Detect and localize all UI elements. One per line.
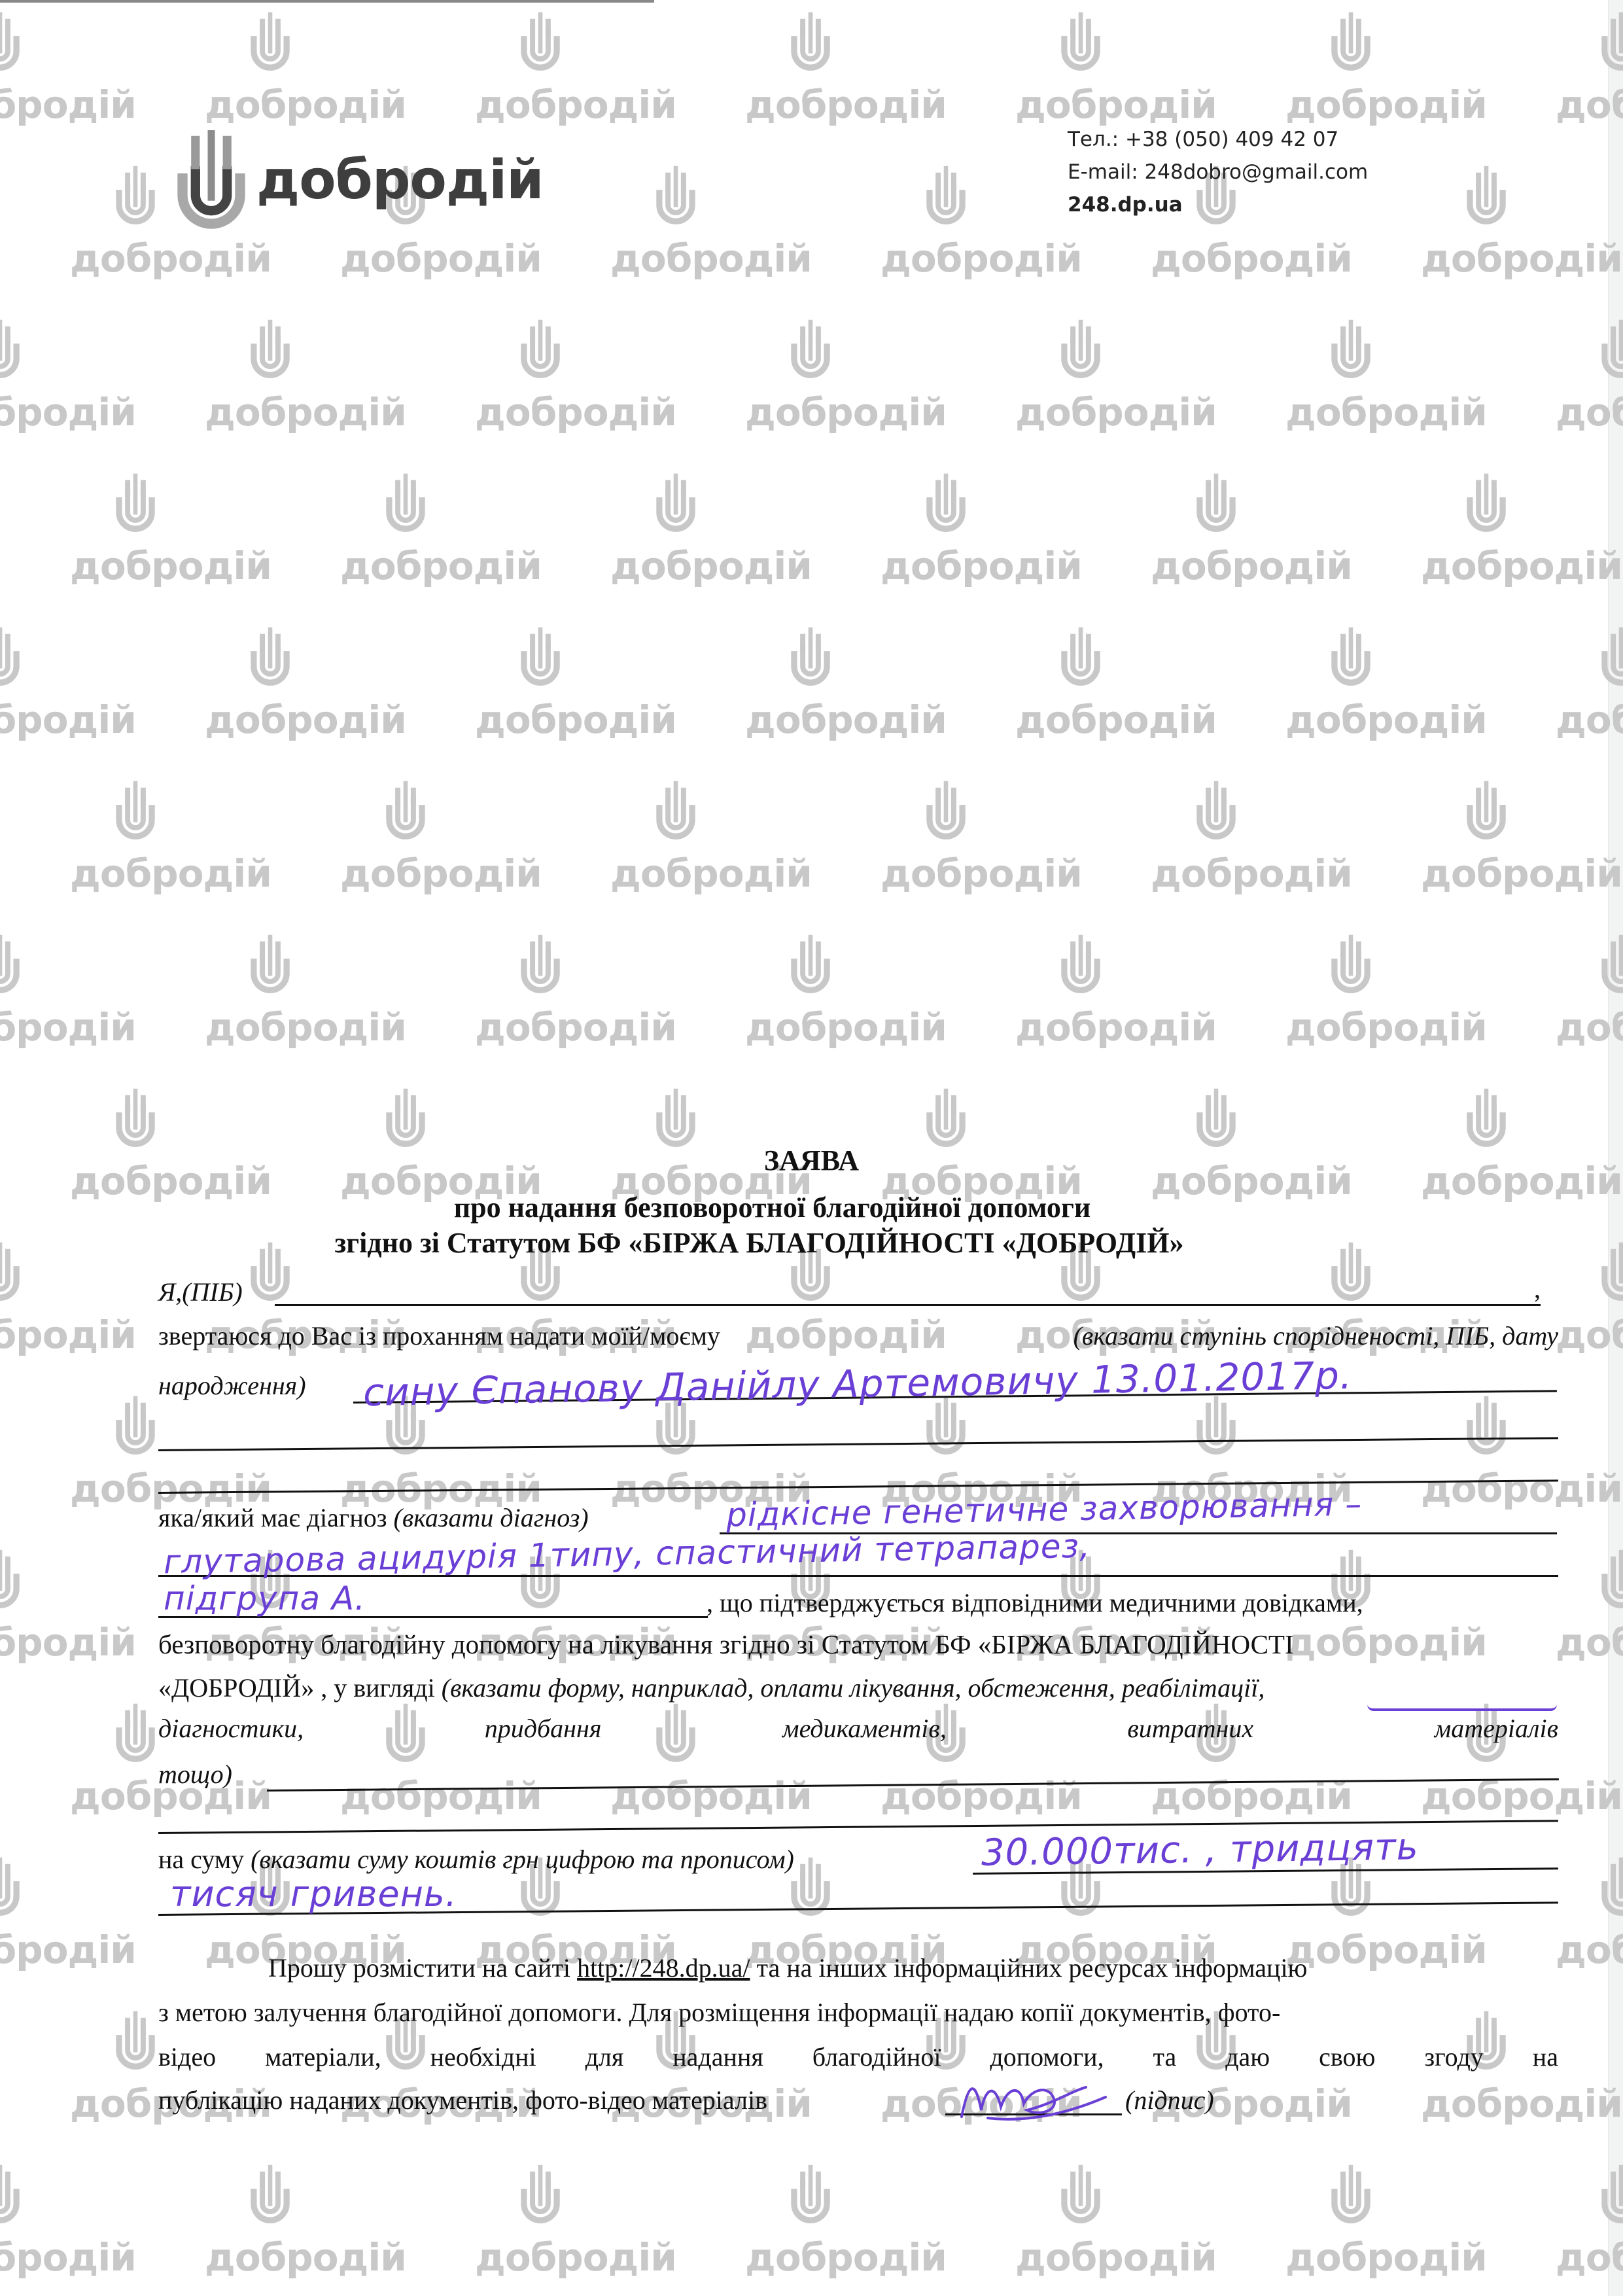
consent-text: публікацію наданих документів, фото-віде… xyxy=(158,2085,767,2115)
aid-line-1: безповоротну благодійну допомогу на ліку… xyxy=(158,1631,1565,1658)
amount-label: на суму xyxy=(158,1845,244,1874)
signature-label: (підпис) xyxy=(1125,2087,1256,2113)
applicant-comma: , xyxy=(1534,1276,1554,1302)
aid-line-2: «ДОБРОДІЙ» , у вигляді (вказати форму, н… xyxy=(158,1675,1565,1701)
diagnosis-handwritten-2: глутарова ацидурія 1типу, спастичний тет… xyxy=(164,1530,1091,1579)
dobrodii-hand-logo-icon xyxy=(175,123,247,231)
aid-word: медикаментів, xyxy=(782,1716,947,1742)
request-line: звертаюся до Вас із проханням надати мої… xyxy=(158,1323,1558,1349)
consent-word: та xyxy=(1153,2044,1177,2070)
aid-prefix: «ДОБРОДІЙ» , у вигляді xyxy=(158,1673,435,1703)
aid-word: придбання xyxy=(485,1716,602,1742)
handwritten-underline xyxy=(1367,1704,1557,1711)
consent-word: благодійної xyxy=(812,2044,941,2070)
website-link[interactable]: http://248.dp.ua/ xyxy=(577,1953,750,1983)
consent-word: матеріали, xyxy=(265,2044,381,2070)
document-title: ЗАЯВА xyxy=(0,1146,1623,1175)
consent-line-1: Прошу розмістити на сайті http://248.dp.… xyxy=(268,1955,1563,1981)
consent-word: даю xyxy=(1225,2044,1270,2070)
website: 248.dp.ua xyxy=(1068,188,1368,221)
consent-suffix: та на інших інформаційних ресурсах інфор… xyxy=(756,1953,1307,1983)
amount-handwritten-1: 30.000тис. , тридцять xyxy=(981,1829,1419,1871)
consent-line-3: відеоматеріали,необхіднідлянаданняблагод… xyxy=(158,2044,1558,2070)
document-page: добродій Тел.: +38 (050) 409 42 07 E-mai… xyxy=(0,0,1623,2296)
applicant-field[interactable] xyxy=(275,1304,1541,1306)
consent-line-4: публікацію наданих документів, фото-віде… xyxy=(158,2087,1565,2113)
consent-word: свою xyxy=(1319,2044,1375,2070)
consent-word: надання xyxy=(672,2044,763,2070)
diagnosis-label: яка/який має діагноз xyxy=(158,1503,387,1532)
aid-word: матеріалів xyxy=(1435,1716,1558,1742)
amount-handwritten-2: тисяч гривень. xyxy=(170,1877,457,1912)
consent-word: відео xyxy=(158,2044,216,2070)
amount-hint: (вказати суму коштів грн цифрою та пропи… xyxy=(251,1845,794,1874)
request-hint: (вказати ступінь спорідненості, ПІБ, дат… xyxy=(1073,1323,1558,1349)
signature-scribble xyxy=(949,2071,1119,2123)
aid-hint: (вказати форму, наприклад, оплати лікува… xyxy=(442,1673,1265,1703)
consent-word: необхідні xyxy=(430,2044,536,2070)
request-text: звертаюся до Вас із проханням надати мої… xyxy=(158,1323,720,1349)
aid-word: витратних xyxy=(1127,1716,1253,1742)
aid-line-3: діагностики,придбаннямедикаментів,витрат… xyxy=(158,1716,1558,1742)
consent-word: для xyxy=(585,2044,624,2070)
consent-prefix: Прошу розмістити на сайті xyxy=(268,1953,570,1983)
applicant-label: Я,(ПІБ) xyxy=(158,1279,1565,1305)
logo: добродій xyxy=(175,123,544,231)
aid-line-4: тощо) xyxy=(158,1761,1565,1788)
diagnosis-handwritten-3: підгрупа А. xyxy=(164,1582,366,1615)
blank-line[interactable] xyxy=(158,1437,1558,1451)
document-subtitle: про надання безповоротної благодійної до… xyxy=(0,1193,1584,1222)
consent-word: на xyxy=(1533,2044,1558,2070)
document-subtitle-2: згідно зі Статутом БФ «БІРЖА БЛАГОДІЙНОС… xyxy=(0,1229,1571,1258)
consent-word: згоду xyxy=(1424,2044,1483,2070)
email: E-mail: 248dobro@gmail.com xyxy=(1068,156,1368,188)
phone: Тел.: +38 (050) 409 42 07 xyxy=(1068,123,1368,156)
diagnosis-hint: (вказати діагноз) xyxy=(394,1503,589,1532)
aid-word: діагностики, xyxy=(158,1716,304,1742)
consent-word: допомоги, xyxy=(990,2044,1104,2070)
consent-line-2: з метою залучення благодійної допомоги. … xyxy=(158,2000,1558,2026)
diagnosis-confirm: , що підтверджується відповідними медичн… xyxy=(707,1590,1570,1616)
recipient-handwritten: сину Єпанову Данійлу Артемовичу 13.01.20… xyxy=(363,1356,1353,1411)
logo-text: добродій xyxy=(256,149,544,211)
contact-block: Тел.: +38 (050) 409 42 07 E-mail: 248dob… xyxy=(1068,123,1368,221)
